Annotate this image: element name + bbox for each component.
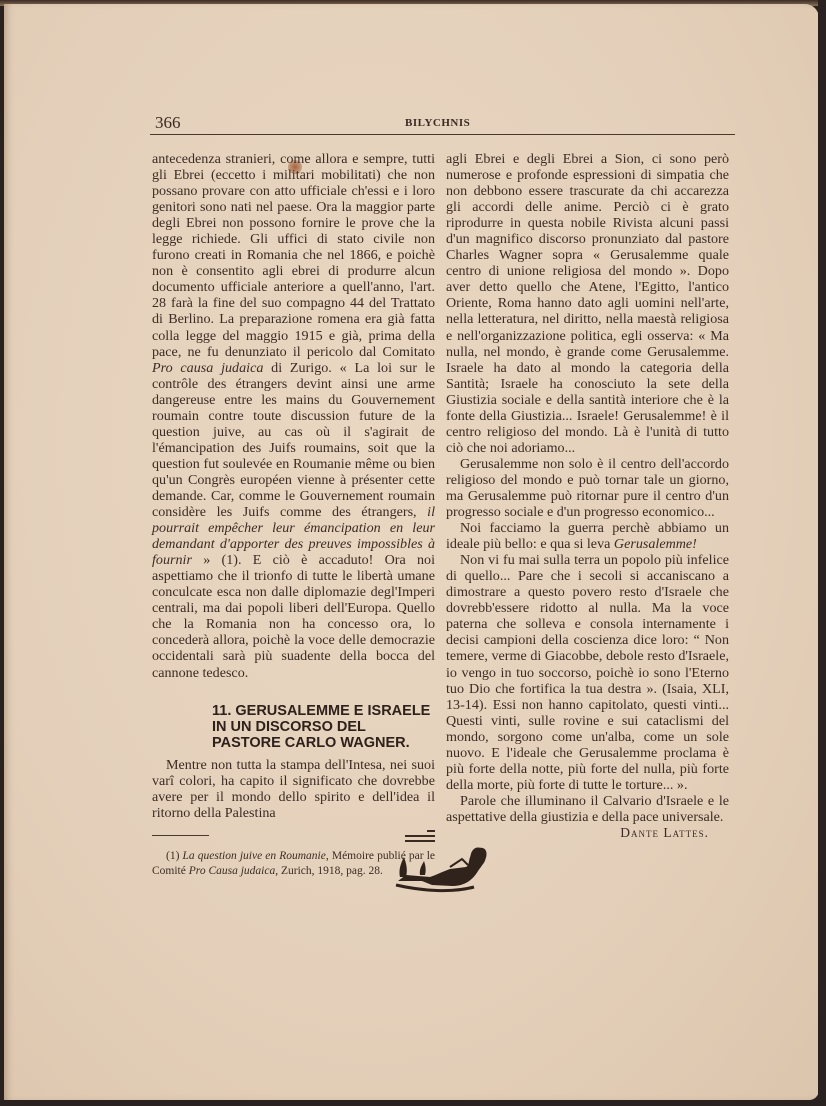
oil-lamp-icon [392, 845, 492, 895]
right-paragraph-5: Parole che illuminano il Calvario d'Isra… [446, 793, 729, 825]
right-paragraph-3: Noi facciamo la guerra perchè abbiamo un… [446, 520, 729, 552]
running-head: BILYCHNIS [405, 117, 470, 129]
left-paragraph-1: antecedenza stranieri, come allora e sem… [152, 151, 435, 681]
footnote-marker: (1) [166, 850, 179, 862]
page-header: 366 BILYCHNIS [155, 113, 740, 133]
footnote-rule [152, 835, 209, 836]
header-rule [150, 134, 735, 135]
page-number: 366 [155, 113, 181, 133]
italic-org-name: Pro causa judaica [152, 360, 263, 376]
section-title: 11. GERUSALEMME E ISRAELE IN UN DISCORSO… [212, 703, 435, 751]
left-column: antecedenza stranieri, come allora e sem… [152, 151, 435, 879]
right-paragraph-1: agli Ebrei e degli Ebrei a Sion, ci sono… [446, 151, 729, 456]
right-column: agli Ebrei e degli Ebrei a Sion, ci sono… [446, 151, 729, 841]
continuation-marks [405, 827, 435, 842]
page-right-edge [818, 0, 826, 1106]
author-signature: Dante Lattes. [446, 825, 729, 841]
right-paragraph-2: Gerusalemme non solo è il centro dell'ac… [446, 456, 729, 520]
left-paragraph-2: Mentre non tutta la stampa dell'Intesa, … [152, 757, 435, 821]
right-paragraph-4: Non vi fu mai sulla terra un popolo più … [446, 552, 729, 793]
